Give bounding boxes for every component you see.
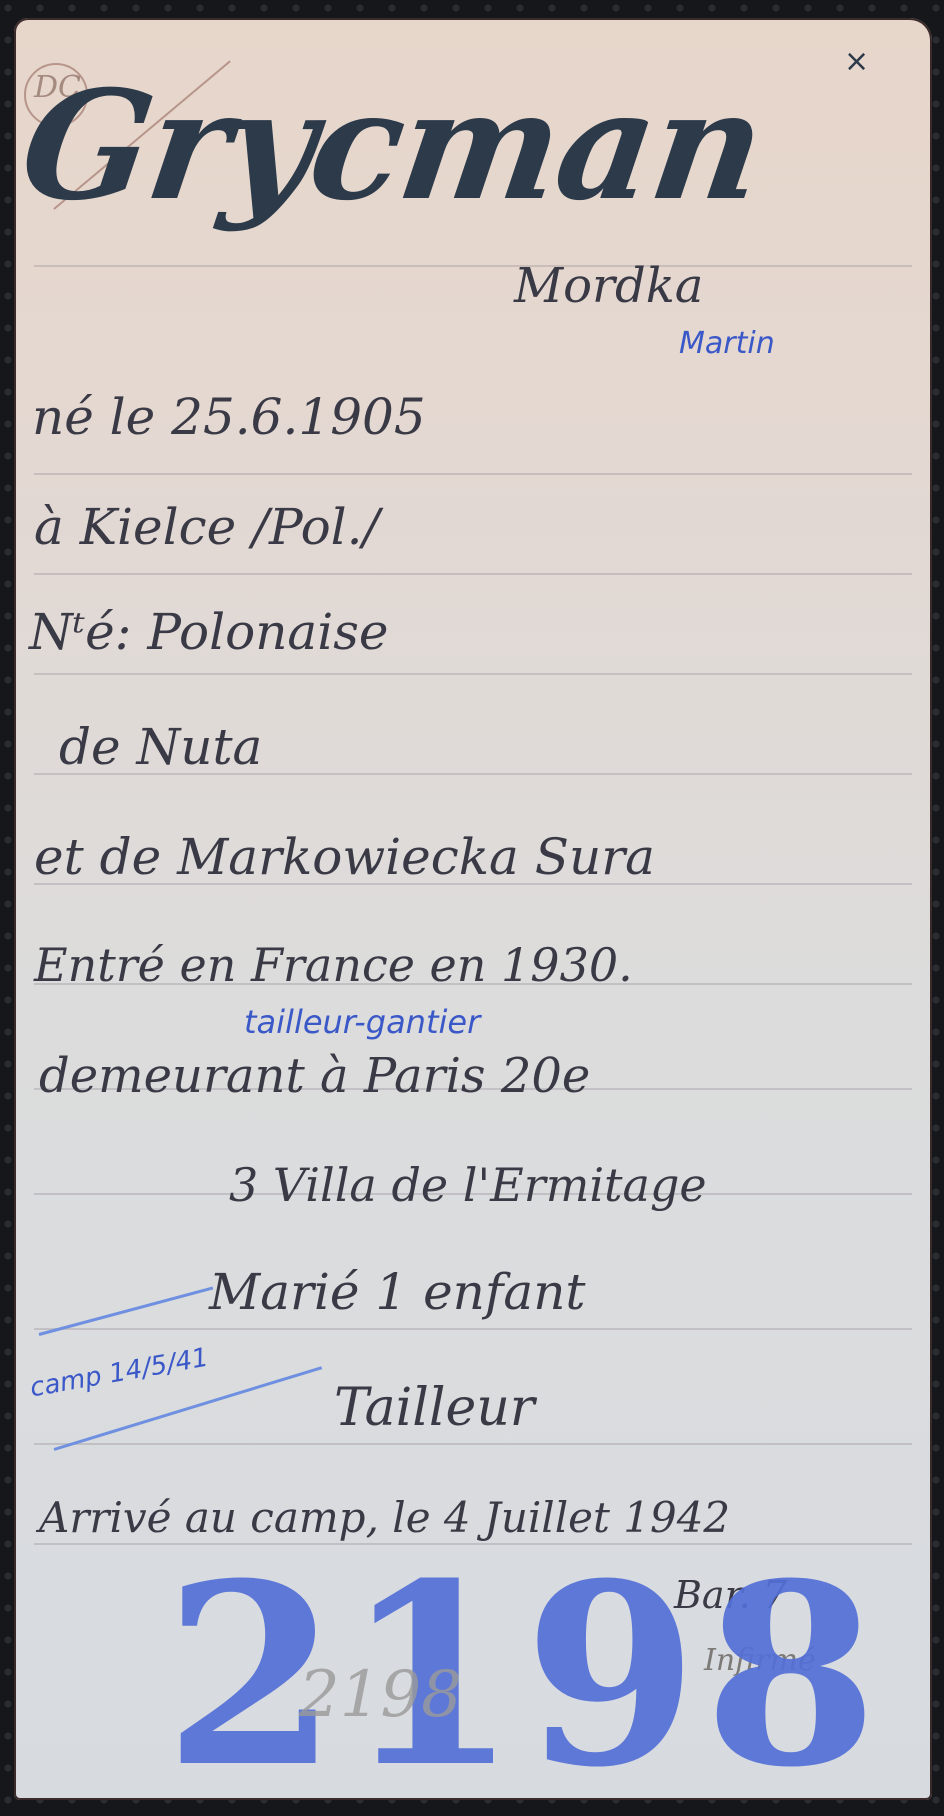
margin-date-note: camp 14/5/41 [28, 1343, 211, 1404]
father-name: de Nuta [59, 718, 262, 776]
family-status: Marié 1 enfant [209, 1263, 586, 1321]
registration-stamp-number: 2198 [164, 1528, 884, 1800]
entered-france: Entré en France en 1930. [34, 938, 633, 992]
given-name-alt: Martin [679, 326, 775, 361]
birth-date: né le 25.6.1905 [32, 388, 426, 446]
pencil-number: 2198 [299, 1658, 462, 1732]
nationality: Nᵗé: Polonaise [29, 603, 388, 661]
ruled-line [34, 573, 912, 575]
birthplace: à Kielce /Pol./ [34, 498, 379, 556]
ruled-line [34, 1328, 912, 1330]
profession: Tailleur [334, 1378, 535, 1438]
address: 3 Villa de l'Ermitage [229, 1158, 707, 1212]
ruled-line [34, 473, 912, 475]
ruled-line [34, 1443, 912, 1445]
ruled-line [34, 673, 912, 675]
mother-name: et de Markowiecka Sura [34, 828, 655, 886]
index-card: DC × Grycman Mordka Martin né le 25.6.19… [14, 18, 932, 1800]
residence: demeurant à Paris 20e [39, 1048, 590, 1104]
ruled-line [34, 265, 912, 267]
surname: Grycman [14, 58, 773, 234]
given-name: Mordka [514, 258, 703, 314]
corner-x-mark: × [844, 44, 869, 79]
occupation-note: tailleur-gantier [244, 1003, 480, 1041]
